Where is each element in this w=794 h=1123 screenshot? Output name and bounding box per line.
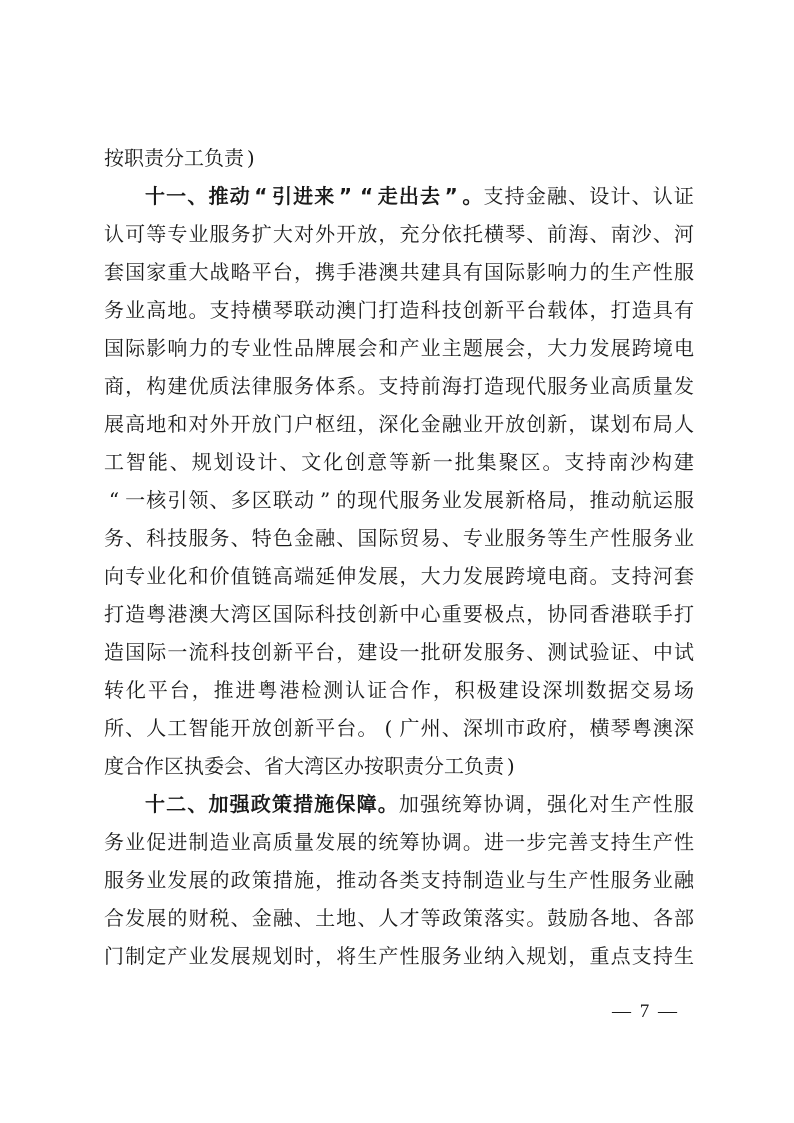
text-line: 展高地和对外开放门户枢纽，深化金融业开放创新，谋划布局人 [104,405,694,443]
text-line: 打造粤港澳大湾区国际科技创新中心重要极点，协同香港联手打 [104,595,694,633]
text-line: 造国际一流科技创新平台，建设一批研发服务、测试验证、中试 [104,633,694,671]
text-line: 服务业发展的政策措施，推动各类支持制造业与生产性服务业融 [104,861,694,899]
text-line: 商，构建优质法律服务体系。支持前海打造现代服务业高质量发 [104,367,694,405]
text-line: 认可等专业服务扩大对外开放，充分依托横琴、前海、南沙、河 [104,215,694,253]
text-line: 按职责分工负责) [104,139,694,177]
text-line: 务业高地。支持横琴联动澳门打造科技创新平台载体，打造具有 [104,291,694,329]
document-body: 按职责分工负责)十一、推动“引进来”“走出去”。支持金融、设计、认证认可等专业服… [104,139,694,975]
text-line: 合发展的财税、金融、土地、人才等政策落实。鼓励各地、各部 [104,899,694,937]
text-line: 工智能、规划设计、文化创意等新一批集聚区。支持南沙构建 [104,443,694,481]
text-line: 转化平台，推进粤港检测认证合作，积极建设深圳数据交易场 [104,671,694,709]
text-line: 度合作区执委会、省大湾区办按职责分工负责) [104,747,694,785]
text-line: 向专业化和价值链高端延伸发展，大力发展跨境电商。支持河套 [104,557,694,595]
text-line: “一核引领、多区联动”的现代服务业发展新格局，推动航运服 [104,481,694,519]
text-line: 务业促进制造业高质量发展的统筹协调。进一步完善支持生产性 [104,823,694,861]
text-line: 十一、推动“引进来”“走出去”。支持金融、设计、认证 [104,177,694,215]
text-line: 务、科技服务、特色金融、国际贸易、专业服务等生产性服务业 [104,519,694,557]
page-number: — 7 — [612,1000,679,1024]
text-line: 门制定产业发展规划时，将生产性服务业纳入规划，重点支持生 [104,937,694,975]
text-line: 国际影响力的专业性品牌展会和产业主题展会，大力发展跨境电 [104,329,694,367]
text-line: 所、人工智能开放创新平台。(广州、深圳市政府，横琴粤澳深 [104,709,694,747]
text-line: 套国家重大战略平台，携手港澳共建具有国际影响力的生产性服 [104,253,694,291]
text-line: 十二、加强政策措施保障。加强统筹协调，强化对生产性服 [104,785,694,823]
